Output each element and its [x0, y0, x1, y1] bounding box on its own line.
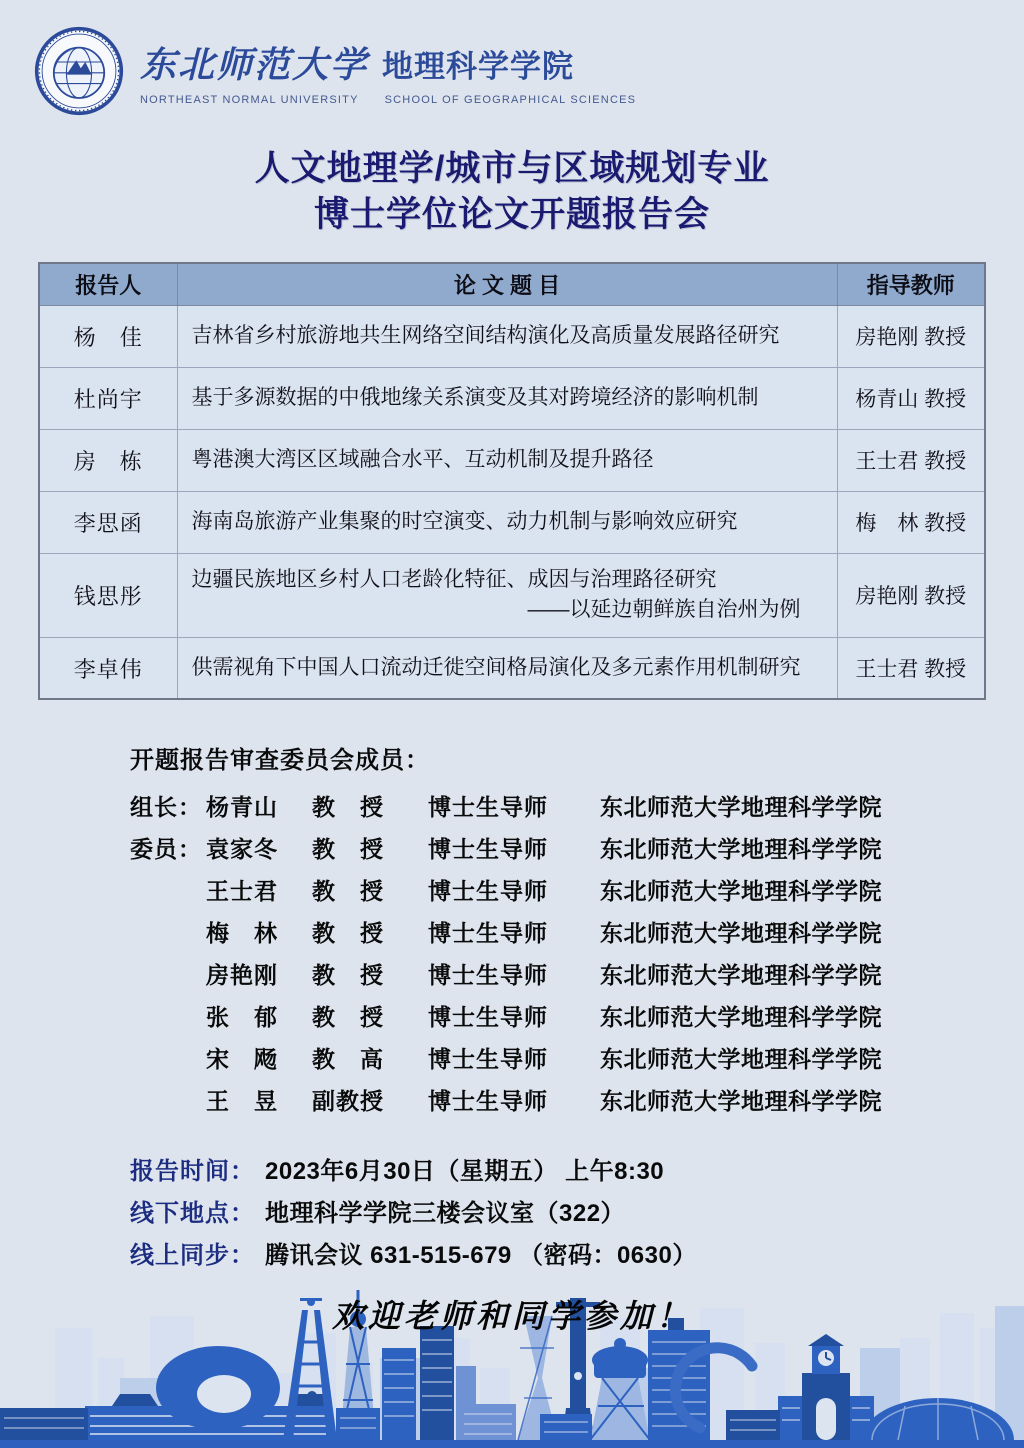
member-supervisor: 博士生导师 [428, 999, 600, 1032]
header-thesis-title: 论 文 题 目 [177, 263, 837, 305]
member-title: 教 高 [312, 1041, 428, 1074]
thesis-report-table: 报告人 论 文 题 目 指导教师 杨 佳 吉林省乡村旅游地共生网络空间结构演化及… [38, 262, 986, 700]
member-supervisor: 博士生导师 [428, 915, 600, 948]
thesis-title: 供需视角下中国人口流动迁徙空间格局演化及多元素作用机制研究 [177, 637, 837, 699]
poster: 东北师范大学 地理科学学院 NORTHEAST NORMAL UNIVERSIT… [0, 0, 1024, 1448]
member-name: 王士君 [206, 873, 312, 906]
member-supervisor: 博士生导师 [428, 1083, 600, 1116]
thesis-title: 基于多源数据的中俄地缘关系演变及其对跨境经济的影响机制 [177, 367, 837, 429]
bottom-blue-bar [0, 1440, 1024, 1448]
thesis-title: 海南岛旅游产业集聚的时空演变、动力机制与影响效应研究 [177, 491, 837, 553]
member-role: 组长： [130, 789, 206, 822]
committee-member: 宋 飏 教 高 博士生导师 东北师范大学地理科学学院 [130, 1041, 1024, 1083]
info-label: 线下地点： [130, 1193, 255, 1228]
advisor-name: 梅 林 教授 [837, 491, 985, 553]
committee-member: 王 昱 副教授 博士生导师 东北师范大学地理科学学院 [130, 1083, 1024, 1125]
presenter-name: 杨 佳 [39, 305, 177, 367]
poster-title: 人文地理学/城市与区域规划专业 博士学位论文开题报告会 [0, 146, 1024, 238]
poster-title-line2: 博士学位论文开题报告会 [0, 192, 1024, 238]
thesis-title-text: 吉林省乡村旅游地共生网络空间结构演化及高质量发展路径研究 [192, 324, 780, 347]
member-title: 教 授 [312, 789, 428, 822]
info-line-online: 线上同步： 腾讯会议 631-515-679 （密码：0630） [130, 1235, 1024, 1277]
member-role: 委员： [130, 831, 206, 864]
member-institution: 东北师范大学地理科学学院 [600, 999, 1024, 1032]
committee-member: 委员： 袁家冬 教 授 博士生导师 东北师范大学地理科学学院 [130, 831, 1024, 873]
info-label: 线上同步： [130, 1235, 255, 1270]
table-row: 李思函 海南岛旅游产业集聚的时空演变、动力机制与影响效应研究 梅 林 教授 [39, 491, 985, 553]
university-name-cn: 东北师范大学 [140, 37, 368, 88]
clock-tower-station [778, 1334, 874, 1440]
member-name: 王 昱 [206, 1083, 312, 1116]
presenter-name: 房 栋 [39, 429, 177, 491]
member-supervisor: 博士生导师 [428, 831, 600, 864]
info-label: 报告时间： [130, 1151, 255, 1186]
member-supervisor: 博士生导师 [428, 1041, 600, 1074]
committee-member: 张 郁 教 授 博士生导师 东北师范大学地理科学学院 [130, 999, 1024, 1041]
member-institution: 东北师范大学地理科学学院 [600, 957, 1024, 990]
presenter-name: 钱思彤 [39, 553, 177, 637]
info-line-location: 线下地点： 地理科学学院三楼会议室（322） [130, 1193, 1024, 1235]
member-name: 宋 飏 [206, 1041, 312, 1074]
member-title: 教 授 [312, 957, 428, 990]
member-title: 教 授 [312, 915, 428, 948]
thesis-title-text: 海南岛旅游产业集聚的时空演变、动力机制与影响效应研究 [192, 510, 738, 533]
member-institution: 东北师范大学地理科学学院 [600, 873, 1024, 906]
committee-heading: 开题报告审查委员会成员： [130, 740, 1024, 775]
committee-section: 开题报告审查委员会成员： 组长： 杨青山 教 授 博士生导师 东北师范大学地理科… [130, 740, 1024, 1125]
info-value: 腾讯会议 631-515-679 （密码：0630） [265, 1235, 697, 1270]
member-institution: 东北师范大学地理科学学院 [600, 789, 1024, 822]
member-institution: 东北师范大学地理科学学院 [600, 915, 1024, 948]
header: 东北师范大学 地理科学学院 NORTHEAST NORMAL UNIVERSIT… [0, 0, 1024, 116]
member-title: 教 授 [312, 831, 428, 864]
table-row: 钱思彤 边疆民族地区乡村人口老龄化特征、成因与治理路径研究——以延边朝鲜族自治州… [39, 553, 985, 637]
header-presenter: 报告人 [39, 263, 177, 305]
brand-block: 东北师范大学 地理科学学院 NORTHEAST NORMAL UNIVERSIT… [140, 37, 636, 106]
thesis-title: 粤港澳大湾区区域融合水平、互动机制及提升路径 [177, 429, 837, 491]
member-title: 教 授 [312, 999, 428, 1032]
ring-arch-sculpture [156, 1346, 280, 1430]
member-title: 副教授 [312, 1083, 428, 1116]
member-institution: 东北师范大学地理科学学院 [600, 1041, 1024, 1074]
advisor-name: 王士君 教授 [837, 429, 985, 491]
university-seal-logo [34, 26, 124, 116]
committee-list: 组长： 杨青山 教 授 博士生导师 东北师范大学地理科学学院 委员： 袁家冬 教… [130, 789, 1024, 1125]
thesis-title-text: 边疆民族地区乡村人口老龄化特征、成因与治理路径研究 [192, 568, 717, 591]
event-info: 报告时间： 2023年6月30日（星期五） 上午8:30 线下地点： 地理科学学… [130, 1151, 1024, 1277]
college-name-cn: 地理科学学院 [382, 41, 574, 86]
presenter-name: 杜尚宇 [39, 367, 177, 429]
university-name-en: NORTHEAST NORMAL UNIVERSITY [140, 94, 359, 106]
table-row: 杜尚宇 基于多源数据的中俄地缘关系演变及其对跨境经济的影响机制 杨青山 教授 [39, 367, 985, 429]
member-supervisor: 博士生导师 [428, 957, 600, 990]
table-row: 杨 佳 吉林省乡村旅游地共生网络空间结构演化及高质量发展路径研究 房艳刚 教授 [39, 305, 985, 367]
presenter-name: 李思函 [39, 491, 177, 553]
committee-member: 梅 林 教 授 博士生导师 东北师范大学地理科学学院 [130, 915, 1024, 957]
thesis-title-text: 基于多源数据的中俄地缘关系演变及其对跨境经济的影响机制 [192, 386, 759, 409]
advisor-name: 王士君 教授 [837, 637, 985, 699]
thesis-title: 吉林省乡村旅游地共生网络空间结构演化及高质量发展路径研究 [177, 305, 837, 367]
thesis-title: 边疆民族地区乡村人口老龄化特征、成因与治理路径研究——以延边朝鲜族自治州为例 [177, 553, 837, 637]
poster-title-line1: 人文地理学/城市与区域规划专业 [0, 146, 1024, 192]
advisor-name: 房艳刚 教授 [837, 305, 985, 367]
college-name-en: SCHOOL OF GEOGRAPHICAL SCIENCES [385, 94, 637, 106]
committee-member: 房艳刚 教 授 博士生导师 东北师范大学地理科学学院 [130, 957, 1024, 999]
committee-member: 组长： 杨青山 教 授 博士生导师 东北师范大学地理科学学院 [130, 789, 1024, 831]
advisor-name: 杨青山 教授 [837, 367, 985, 429]
info-value: 地理科学学院三楼会议室（322） [265, 1193, 625, 1228]
table-row: 李卓伟 供需视角下中国人口流动迁徙空间格局演化及多元素作用机制研究 王士君 教授 [39, 637, 985, 699]
member-institution: 东北师范大学地理科学学院 [600, 1083, 1024, 1116]
thesis-title-subline: ——以延边朝鲜族自治州为例 [192, 595, 827, 625]
committee-member: 王士君 教 授 博士生导师 东北师范大学地理科学学院 [130, 873, 1024, 915]
presenter-name: 李卓伟 [39, 637, 177, 699]
member-supervisor: 博士生导师 [428, 789, 600, 822]
thesis-title-text: 供需视角下中国人口流动迁徙空间格局演化及多元素作用机制研究 [192, 656, 801, 679]
member-name: 杨青山 [206, 789, 312, 822]
thesis-title-text: 粤港澳大湾区区域融合水平、互动机制及提升路径 [192, 448, 654, 471]
info-value: 2023年6月30日（星期五） 上午8:30 [265, 1151, 664, 1186]
member-name: 袁家冬 [206, 831, 312, 864]
member-supervisor: 博士生导师 [428, 873, 600, 906]
member-name: 房艳刚 [206, 957, 312, 990]
info-line-time: 报告时间： 2023年6月30日（星期五） 上午8:30 [130, 1151, 1024, 1193]
advisor-name: 房艳刚 教授 [837, 553, 985, 637]
member-title: 教 授 [312, 873, 428, 906]
header-advisor: 指导教师 [837, 263, 985, 305]
member-name: 张 郁 [206, 999, 312, 1032]
member-institution: 东北师范大学地理科学学院 [600, 831, 1024, 864]
university-seal-icon [34, 26, 124, 116]
table-header-row: 报告人 论 文 题 目 指导教师 [39, 263, 985, 305]
table-row: 房 栋 粤港澳大湾区区域融合水平、互动机制及提升路径 王士君 教授 [39, 429, 985, 491]
welcome-message: 欢迎老师和同学参加！ [0, 1291, 1024, 1337]
member-name: 梅 林 [206, 915, 312, 948]
